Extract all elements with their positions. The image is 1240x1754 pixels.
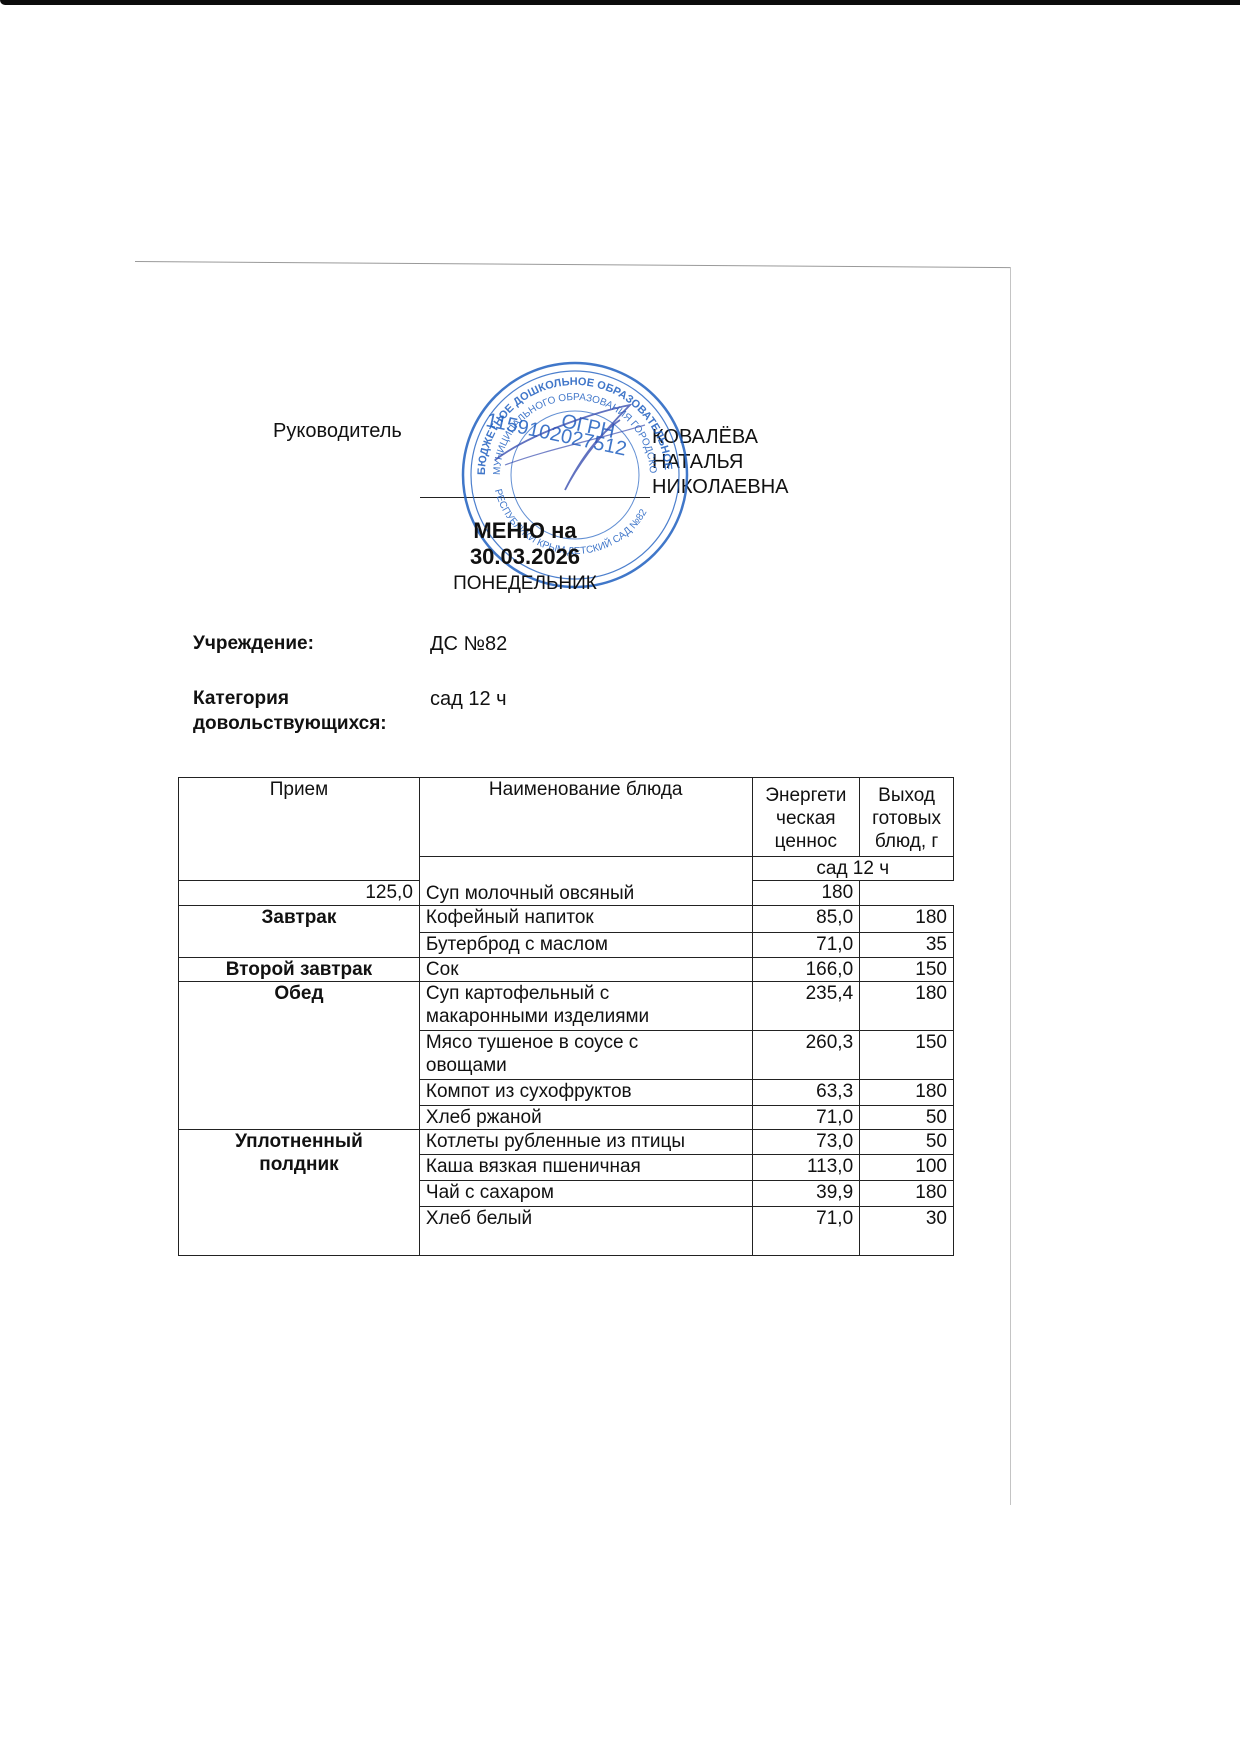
yield-value: 180 — [860, 906, 954, 933]
dish-name: Мясо тушеное в соусе с овощами — [419, 1031, 752, 1080]
energy-value: 39,9 — [752, 1181, 860, 1207]
yield-value: 180 — [860, 1181, 954, 1207]
energy-value: 166,0 — [752, 958, 860, 982]
dish-name: Кофейный напиток — [419, 906, 752, 933]
table-subheader: сад 12 ч — [752, 857, 954, 881]
table-header-row: Прием Наименование блюда Энергети ческая… — [179, 778, 954, 857]
energy-value: 260,3 — [752, 1031, 860, 1080]
yield-value: 150 — [860, 1031, 954, 1080]
category-value: сад 12 ч — [430, 688, 507, 711]
dish-name: Суп картофельный с макаронными изделиями — [419, 982, 752, 1031]
institution-value: ДС №82 — [430, 633, 507, 656]
table-row: Второй завтрак Сок 166,0 150 — [179, 958, 954, 982]
meal-lunch: Обед — [179, 982, 420, 1130]
meal-afternoon-snack: Уплотненный полдник — [179, 1130, 420, 1256]
dish-name: Чай с сахаром — [419, 1181, 752, 1207]
scan-edge-top — [0, 0, 1240, 5]
table-row: Уплотненный полдник Котлеты рубленные из… — [179, 1130, 954, 1155]
energy-value: 235,4 — [752, 982, 860, 1031]
header-dish: Наименование блюда — [419, 778, 752, 857]
institution-label: Учреждение: — [193, 633, 314, 655]
yield-value: 180 — [860, 982, 954, 1031]
energy-value: 73,0 — [752, 1130, 860, 1155]
yield-value: 50 — [860, 1130, 954, 1155]
energy-value: 71,0 — [752, 1207, 860, 1256]
energy-value: 63,3 — [752, 1080, 860, 1106]
yield-value: 100 — [860, 1155, 954, 1181]
page-frame-right-line — [1010, 267, 1011, 1505]
page-frame-top-line — [135, 261, 1011, 268]
menu-title: МЕНЮ на 30.03.2026 — [430, 518, 620, 570]
energy-value: 71,0 — [752, 1106, 860, 1130]
director-label: Руководитель — [273, 420, 402, 443]
table-row: Обед Суп картофельный с макаронными изде… — [179, 982, 954, 1031]
header-energy: Энергети ческая ценнос — [752, 778, 860, 857]
menu-table: Прием Наименование блюда Энергети ческая… — [178, 777, 954, 1256]
menu-weekday: ПОНЕДЕЛЬНИК — [430, 573, 620, 595]
yield-value: 180 — [752, 881, 860, 906]
menu-date: 30.03.2026 — [430, 544, 620, 570]
meal-second-breakfast: Второй завтрак — [179, 958, 420, 982]
header-meal: Прием — [179, 778, 420, 881]
yield-value: 150 — [860, 958, 954, 982]
menu-title-line1: МЕНЮ на — [430, 518, 620, 544]
dish-name: Сок — [419, 958, 752, 982]
energy-value: 71,0 — [752, 933, 860, 958]
yield-value: 35 — [860, 933, 954, 958]
energy-value: 85,0 — [752, 906, 860, 933]
energy-value: 113,0 — [752, 1155, 860, 1181]
header-yield: Выход готовых блюд, г — [860, 778, 954, 857]
dish-name: Суп молочный овсяный — [419, 857, 752, 906]
yield-value: 180 — [860, 1080, 954, 1106]
category-label: Категория довольствующихся: — [193, 686, 387, 736]
dish-name: Компот из сухофруктов — [419, 1080, 752, 1106]
dish-name: Каша вязкая пшеничная — [419, 1155, 752, 1181]
dish-name: Хлеб ржаной — [419, 1106, 752, 1130]
dish-name: Бутерброд с маслом — [419, 933, 752, 958]
dish-name: Котлеты рубленные из птицы — [419, 1130, 752, 1155]
energy-value: 125,0 — [179, 881, 420, 906]
table-row: Завтрак Кофейный напиток 85,0 180 — [179, 906, 954, 933]
dish-name: Хлеб белый — [419, 1207, 752, 1256]
yield-value: 50 — [860, 1106, 954, 1130]
yield-value: 30 — [860, 1207, 954, 1256]
meal-breakfast: Завтрак — [179, 906, 420, 958]
